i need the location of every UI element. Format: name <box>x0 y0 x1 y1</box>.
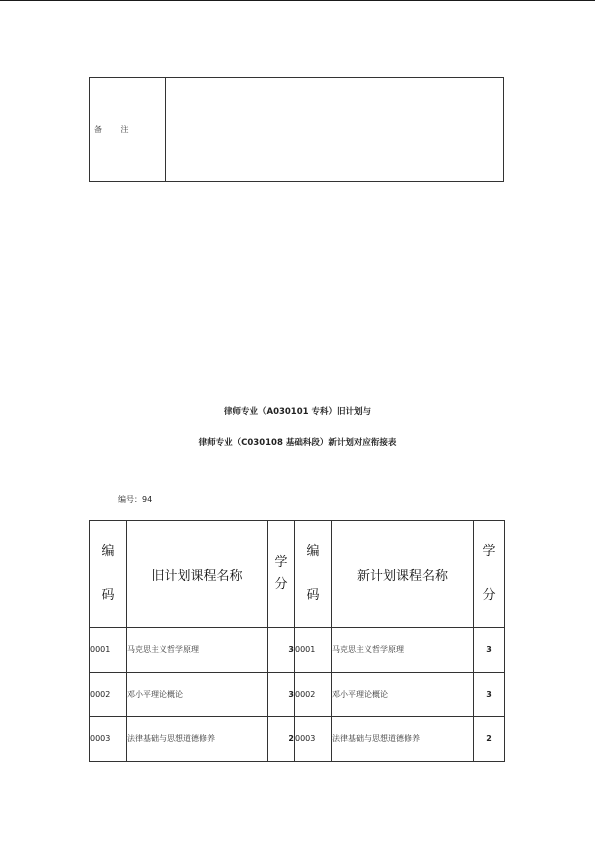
page-top-rule <box>0 0 595 1</box>
header-new-code: 编码 <box>295 521 332 628</box>
new-credit: 3 <box>474 672 505 717</box>
new-code: 0001 <box>295 628 332 673</box>
old-code: 0002 <box>90 672 127 717</box>
new-code: 0002 <box>295 672 332 717</box>
header-new-name: 新计划课程名称 <box>332 521 474 628</box>
table-header-row: 编码 旧计划课程名称 学分 编码 新计划课程名称 学分 <box>90 521 505 628</box>
new-code: 0003 <box>295 717 332 762</box>
old-name: 邓小平理论概论 <box>127 672 268 717</box>
table-row: 0001 马克思主义哲学原理 3 0001 马克思主义哲学原理 3 <box>90 628 505 673</box>
old-name: 法律基础与思想道德修养 <box>127 717 268 762</box>
new-name: 邓小平理论概论 <box>332 672 474 717</box>
old-code: 0001 <box>90 628 127 673</box>
header-old-credit: 学分 <box>268 521 295 628</box>
new-name: 马克思主义哲学原理 <box>332 628 474 673</box>
remark-label: 备 注 <box>94 124 137 135</box>
new-credit: 3 <box>474 628 505 673</box>
remark-table: 备 注 <box>89 77 504 182</box>
header-new-credit: 学分 <box>474 521 505 628</box>
old-credit: 2 <box>268 717 295 762</box>
document-title-line-2: 律师专业（C030108 基础科段）新计划对应衔接表 <box>0 436 595 448</box>
old-code: 0003 <box>90 717 127 762</box>
old-credit: 3 <box>268 672 295 717</box>
old-name: 马克思主义哲学原理 <box>127 628 268 673</box>
old-credit: 3 <box>268 628 295 673</box>
remark-label-cell: 备 注 <box>90 78 166 181</box>
document-code-number: 编号：94 <box>118 494 152 505</box>
new-name: 法律基础与思想道德修养 <box>332 717 474 762</box>
header-old-name: 旧计划课程名称 <box>127 521 268 628</box>
new-credit: 2 <box>474 717 505 762</box>
document-title-line-1: 律师专业（A030101 专科）旧计划与 <box>0 405 595 417</box>
header-old-code: 编码 <box>90 521 127 628</box>
table-row: 0003 法律基础与思想道德修养 2 0003 法律基础与思想道德修养 2 <box>90 717 505 762</box>
course-mapping-table: 编码 旧计划课程名称 学分 编码 新计划课程名称 学分 0001 马克思主义哲学… <box>89 520 505 762</box>
table-row: 0002 邓小平理论概论 3 0002 邓小平理论概论 3 <box>90 672 505 717</box>
